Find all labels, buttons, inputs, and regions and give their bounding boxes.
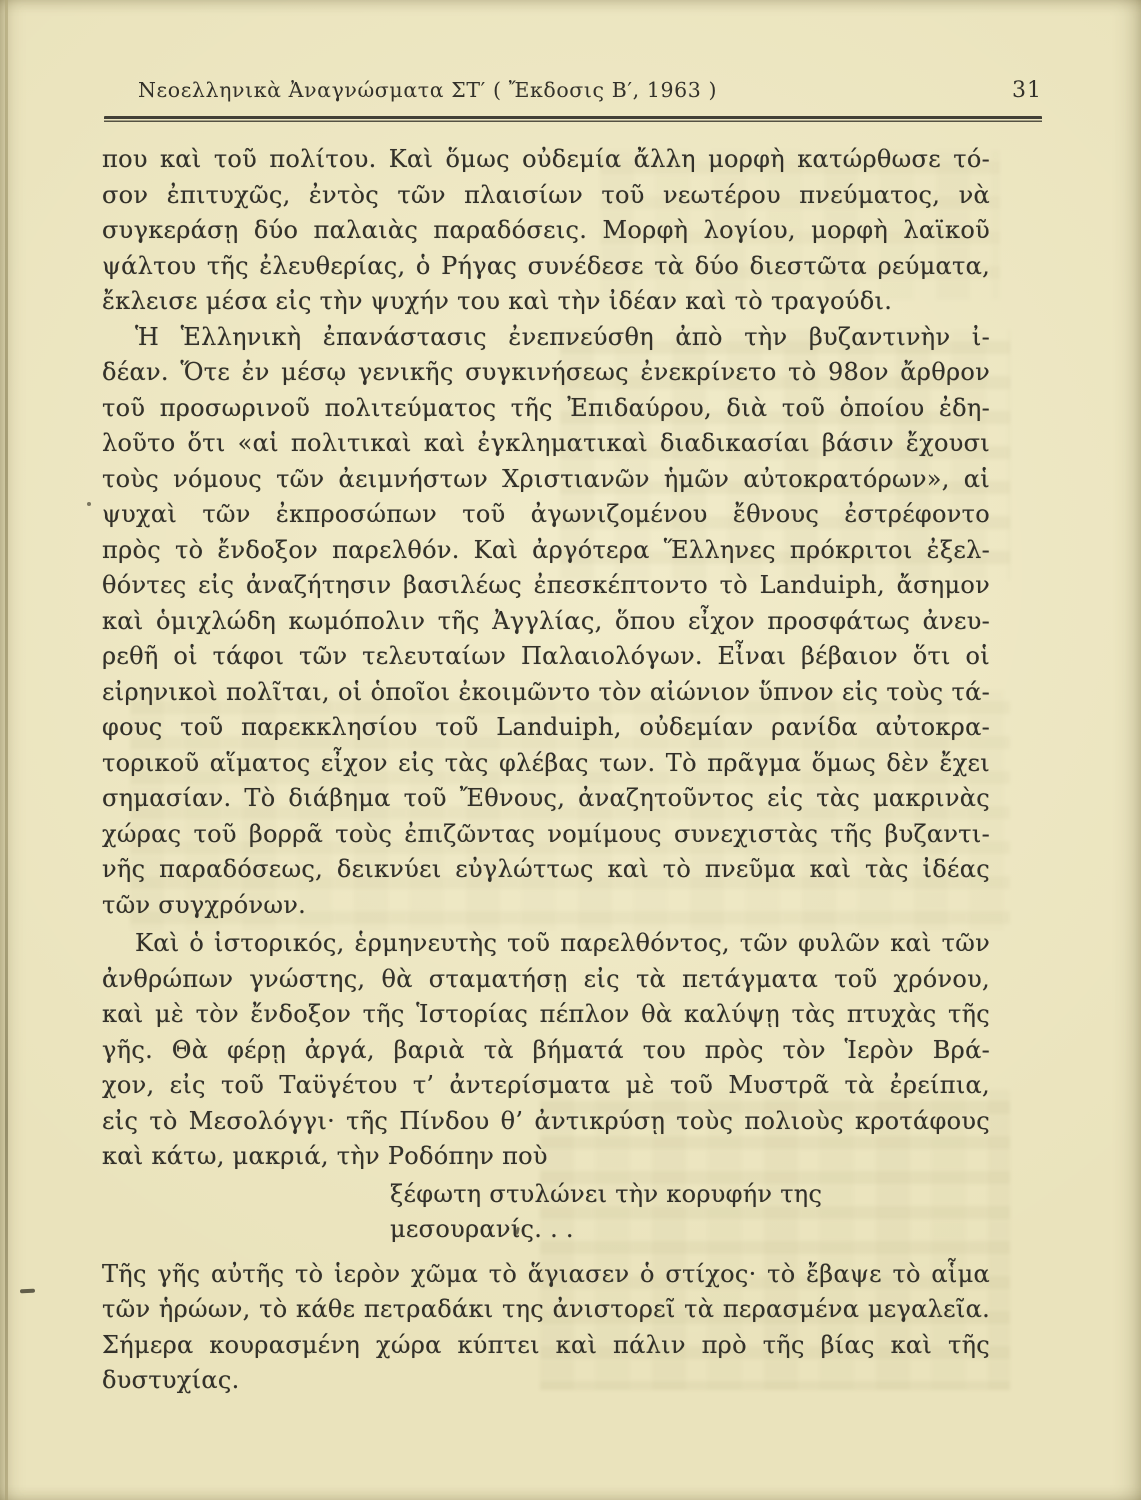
text-line: ψυχαὶ τῶν ἐκπροσώπων τοῦ ἀγωνιζομένου ἔθ… [102, 497, 990, 533]
text-line: ἀνθρώπων γνώστης, θὰ σταματήσῃ εἰς τὰ πε… [102, 962, 990, 998]
text-line: νῆς παραδόσεως, δεικνύει εὐγλώττως καὶ τ… [102, 852, 990, 888]
text-line: τῶν συγχρόνων. [102, 888, 990, 924]
text-line: καὶ κάτω, μακριά, τὴν Ροδόπην ποὺ [102, 1139, 990, 1175]
text-line: ρεθῆ οἱ τάφοι τῶν τελευταίων Παλαιολόγων… [102, 639, 990, 675]
text-line: χον, εἰς τοῦ Ταϋγέτου τ’ ἀντερίσματα μὲ … [102, 1068, 990, 1104]
text-line: λοῦτο ὅτι «αἱ πολιτικαὶ καὶ ἐγκληματικαὶ… [102, 426, 990, 462]
scan-mark-dash [20, 1289, 35, 1294]
paragraph-5: Τῆς γῆς αὐτῆς τὸ ἱερὸν χῶμα τὸ ἅγιασεν ὁ… [102, 1257, 990, 1399]
text-line: εἰς τὸ Μεσολόγγι· τῆς Πίνδου θ’ ἀντικρύσ… [102, 1104, 990, 1140]
text-line: καὶ ὁμιχλώδη κωμόπολιν τῆς Ἀγγλίας, ὅπου… [102, 604, 990, 640]
text-line: Καὶ ὁ ἱστορικός, ἑρμηνευτὴς τοῦ παρελθόν… [102, 926, 990, 962]
header-rule [104, 116, 1042, 123]
text-line: καὶ μὲ τὸν ἔνδοξον τῆς Ἱστορίας πέπλον θ… [102, 997, 990, 1033]
text-line: που καὶ τοῦ πολίτου. Καὶ ὅμως οὐδεμία ἄλ… [102, 142, 990, 178]
text-line: Τῆς γῆς αὐτῆς τὸ ἱερὸν χῶμα τὸ ἅγιασεν ὁ… [102, 1257, 990, 1293]
text-line: τῶν ἡρώων, τὸ κάθε πετραδάκι της ἀνιστορ… [102, 1292, 990, 1328]
page-number: 31 [1012, 78, 1044, 103]
scan-edge-line [5, 0, 8, 1500]
text-line: Ἡ Ἑλληνικὴ ἐπανάστασις ἐνεπνεύσθη ἀπὸ τὴ… [102, 320, 990, 356]
text-line: ψάλτου τῆς ἐλευθερίας, ὁ Ρήγας συνέδεσε … [102, 249, 990, 285]
text-line: μεσουρανίς. . . [102, 1212, 990, 1248]
running-title: Νεοελληνικὰ Ἀναγνώσματα ΣΤ′ ( Ἔκδοσις Β′… [100, 78, 717, 102]
paragraph-2: Ἡ Ἑλληνικὴ ἐπανάστασις ἐνεπνεύσθη ἀπὸ τὴ… [102, 320, 990, 924]
text-line: γῆς. Θὰ φέρῃ ἀργά, βαριὰ τὰ βήματά του π… [102, 1033, 990, 1069]
verse-block: ξέφωτη στυλώνει τὴν κορυφήν τηςμεσουρανί… [102, 1177, 990, 1248]
text-line: συγκεράσῃ δύο παλαιὰς παραδόσεις. Μορφὴ … [102, 213, 990, 249]
text-line: σημασίαν. Τὸ διάβημα τοῦ Ἔθνους, ἀναζητο… [102, 781, 990, 817]
text-line: χώρας τοῦ βορρᾶ τοὺς ἐπιζῶντας νομίμους … [102, 817, 990, 853]
text-line: Σήμερα κουρασμένη χώρα κύπτει καὶ πάλιν … [102, 1328, 990, 1364]
text-line: ξέφωτη στυλώνει τὴν κορυφήν της [102, 1177, 990, 1213]
scanned-book-page: Νεοελληνικὰ Ἀναγνώσματα ΣΤ′ ( Ἔκδοσις Β′… [0, 0, 1141, 1500]
text-line: δυστυχίας. [102, 1363, 990, 1399]
text-line: θόντες εἰς ἀναζήτησιν βασιλέως ἐπεσκέπτο… [102, 568, 990, 604]
text-line: τοὺς νόμους τῶν ἀειμνήστων Χριστιανῶν ἡμ… [102, 462, 990, 498]
scan-mark-dot [87, 502, 91, 506]
text-line: τοῦ προσωρινοῦ πολιτεύματος τῆς Ἐπιδαύρο… [102, 391, 990, 427]
page-header: Νεοελληνικὰ Ἀναγνώσματα ΣΤ′ ( Ἔκδοσις Β′… [100, 78, 1044, 103]
text-line: σον ἐπιτυχῶς, ἐντὸς τῶν πλαισίων τοῦ νεω… [102, 178, 990, 214]
text-line: πρὸς τὸ ἔνδοξον παρελθόν. Καὶ ἀργότερα Ἕ… [102, 533, 990, 569]
text-line: τορικοῦ αἵματος εἶχον εἰς τὰς φλέβας των… [102, 746, 990, 782]
paragraph-1: που καὶ τοῦ πολίτου. Καὶ ὅμως οὐδεμία ἄλ… [102, 142, 990, 320]
text-block: που καὶ τοῦ πολίτου. Καὶ ὅμως οὐδεμία ἄλ… [102, 142, 990, 1399]
text-line: δέαν. Ὅτε ἐν μέσῳ γενικῆς συγκινήσεως ἐν… [102, 355, 990, 391]
text-line: φους τοῦ παρεκκλησίου τοῦ Landuiph, οὐδε… [102, 710, 990, 746]
paragraph-3: Καὶ ὁ ἱστορικός, ἑρμηνευτὴς τοῦ παρελθόν… [102, 926, 990, 1175]
text-line: εἰρηνικοὶ πολῖται, οἱ ὁποῖοι ἐκοιμῶντο τ… [102, 675, 990, 711]
text-line: ἔκλεισε μέσα εἰς τὴν ψυχήν του καὶ τὴν ἰ… [102, 284, 990, 320]
